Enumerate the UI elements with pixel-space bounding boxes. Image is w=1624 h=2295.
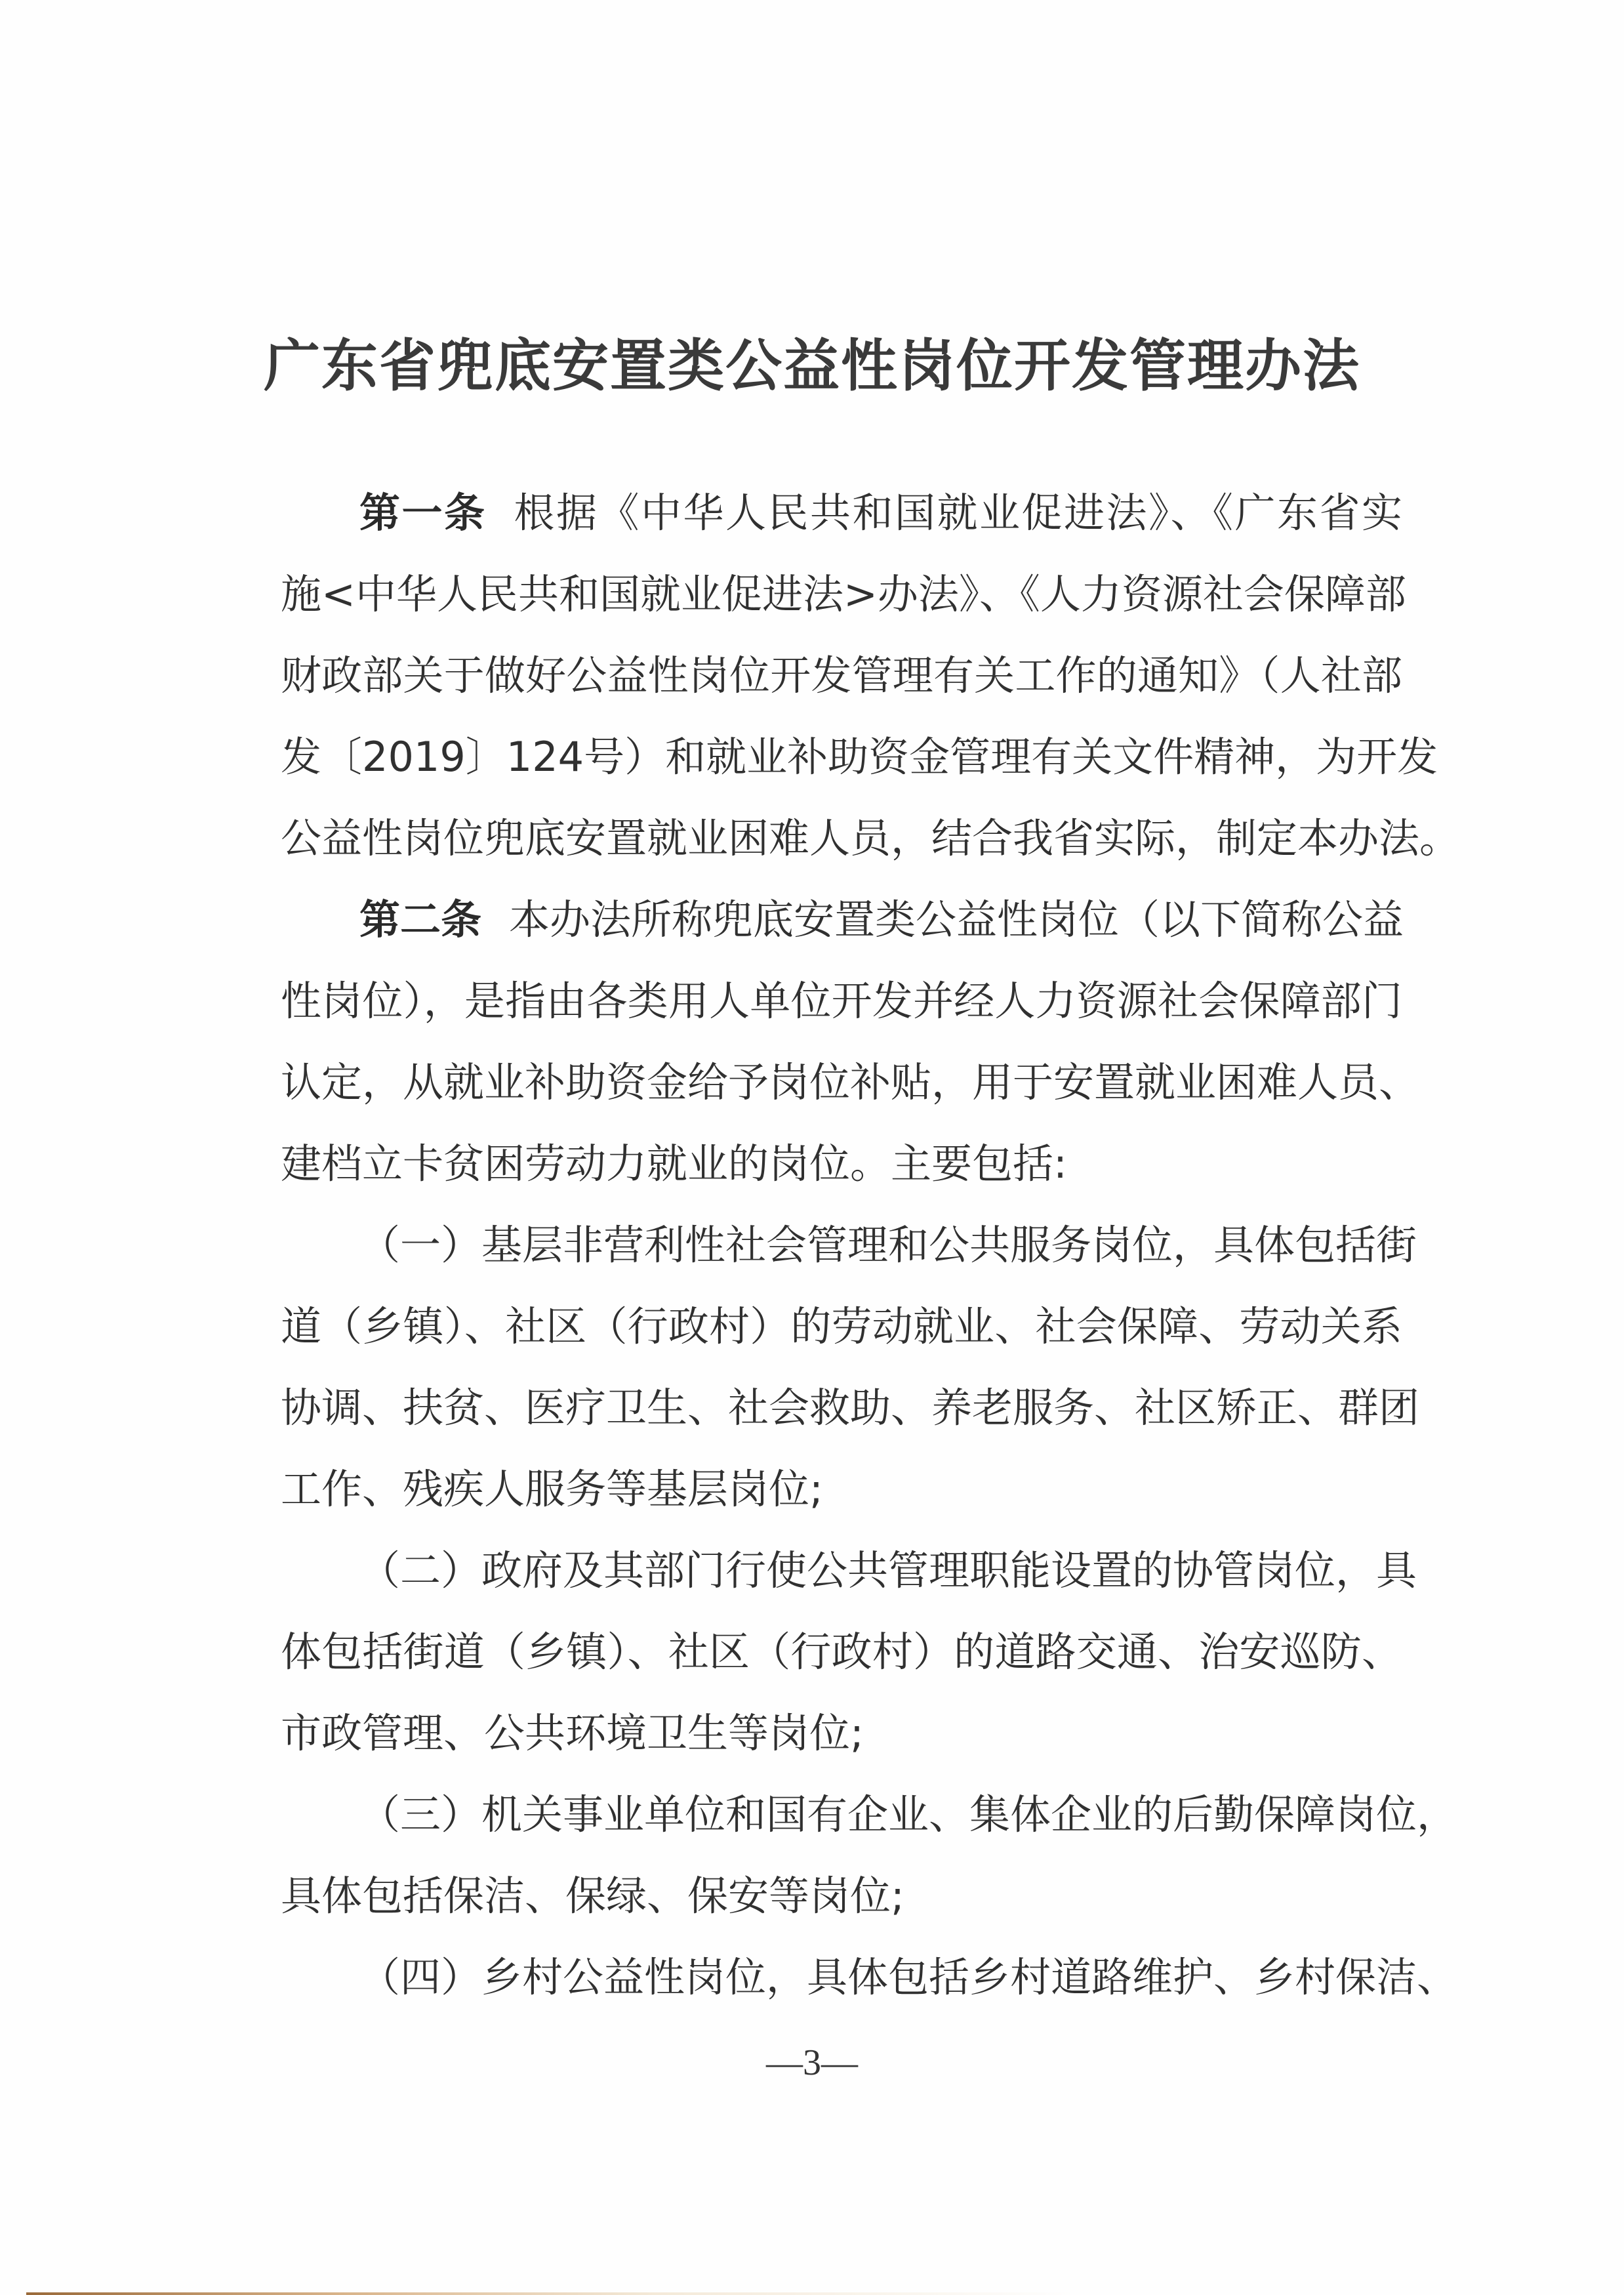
- article-1-line-2: 施<中华人民共和国就业促进法>办法》、《人力资源社会保障部: [281, 568, 1402, 621]
- article-1-text: 根据《中华人民共和国就业促进法》、《广东省实: [514, 489, 1402, 537]
- article-1-line-4: 发〔2019〕124号）和就业补助资金管理有关文件精神，为开发: [281, 731, 1402, 783]
- item-3-line-1: （三）机关事业单位和国有企业、集体企业的后勤保障岗位，: [359, 1788, 1402, 1841]
- article-1-label: 第一条: [359, 489, 487, 537]
- scan-edge-artifact: [26, 2292, 1076, 2295]
- item-3-line-2: 具体包括保洁、保绿、保安等岗位;: [281, 1870, 1402, 1922]
- article-2-line-1: 第二条本办法所称兜底安置类公益性岗位（以下简称公益: [359, 894, 1402, 946]
- document-page: 广东省兜底安置类公益性岗位开发管理办法 第一条根据《中华人民共和国就业促进法》、…: [0, 0, 1624, 2295]
- item-1-line-3: 协调、扶贫、医疗卫生、社会救助、养老服务、社区矫正、群团: [281, 1382, 1402, 1434]
- item-2-line-1: （二）政府及其部门行使公共管理职能设置的协管岗位，具: [359, 1544, 1402, 1597]
- article-2-label: 第二条: [359, 896, 481, 943]
- item-1-line-4: 工作、残疾人服务等基层岗位;: [281, 1463, 1402, 1516]
- item-4-line-1: （四）乡村公益性岗位，具体包括乡村道路维护、乡村保洁、: [359, 1951, 1402, 2004]
- article-1-line-5: 公益性岗位兜底安置就业困难人员，结合我省实际，制定本办法。: [281, 812, 1402, 865]
- page-number: —3—: [0, 2042, 1624, 2084]
- article-2-line-2: 性岗位），是指由各类用人单位开发并经人力资源社会保障部门: [281, 975, 1402, 1027]
- article-2-line-3: 认定，从就业补助资金给予岗位补贴，用于安置就业困难人员、: [281, 1056, 1402, 1109]
- article-2-line-4: 建档立卡贫困劳动力就业的岗位。主要包括:: [281, 1138, 1402, 1190]
- article-1-line-3: 财政部关于做好公益性岗位开发管理有关工作的通知》（人社部: [281, 650, 1402, 702]
- item-2-line-2: 体包括街道（乡镇）、社区（行政村）的道路交通、治安巡防、: [281, 1626, 1402, 1678]
- article-1-line-1: 第一条根据《中华人民共和国就业促进法》、《广东省实: [359, 487, 1402, 539]
- article-2-text: 本办法所称兜底安置类公益性岗位（以下简称公益: [509, 896, 1404, 943]
- document-title: 广东省兜底安置类公益性岗位开发管理办法: [0, 320, 1624, 402]
- item-1-line-2: 道（乡镇）、社区（行政村）的劳动就业、社会保障、劳动关系: [281, 1300, 1402, 1353]
- item-1-line-1: （一）基层非营利性社会管理和公共服务岗位，具体包括街: [359, 1219, 1402, 1272]
- item-2-line-3: 市政管理、公共环境卫生等岗位;: [281, 1707, 1402, 1760]
